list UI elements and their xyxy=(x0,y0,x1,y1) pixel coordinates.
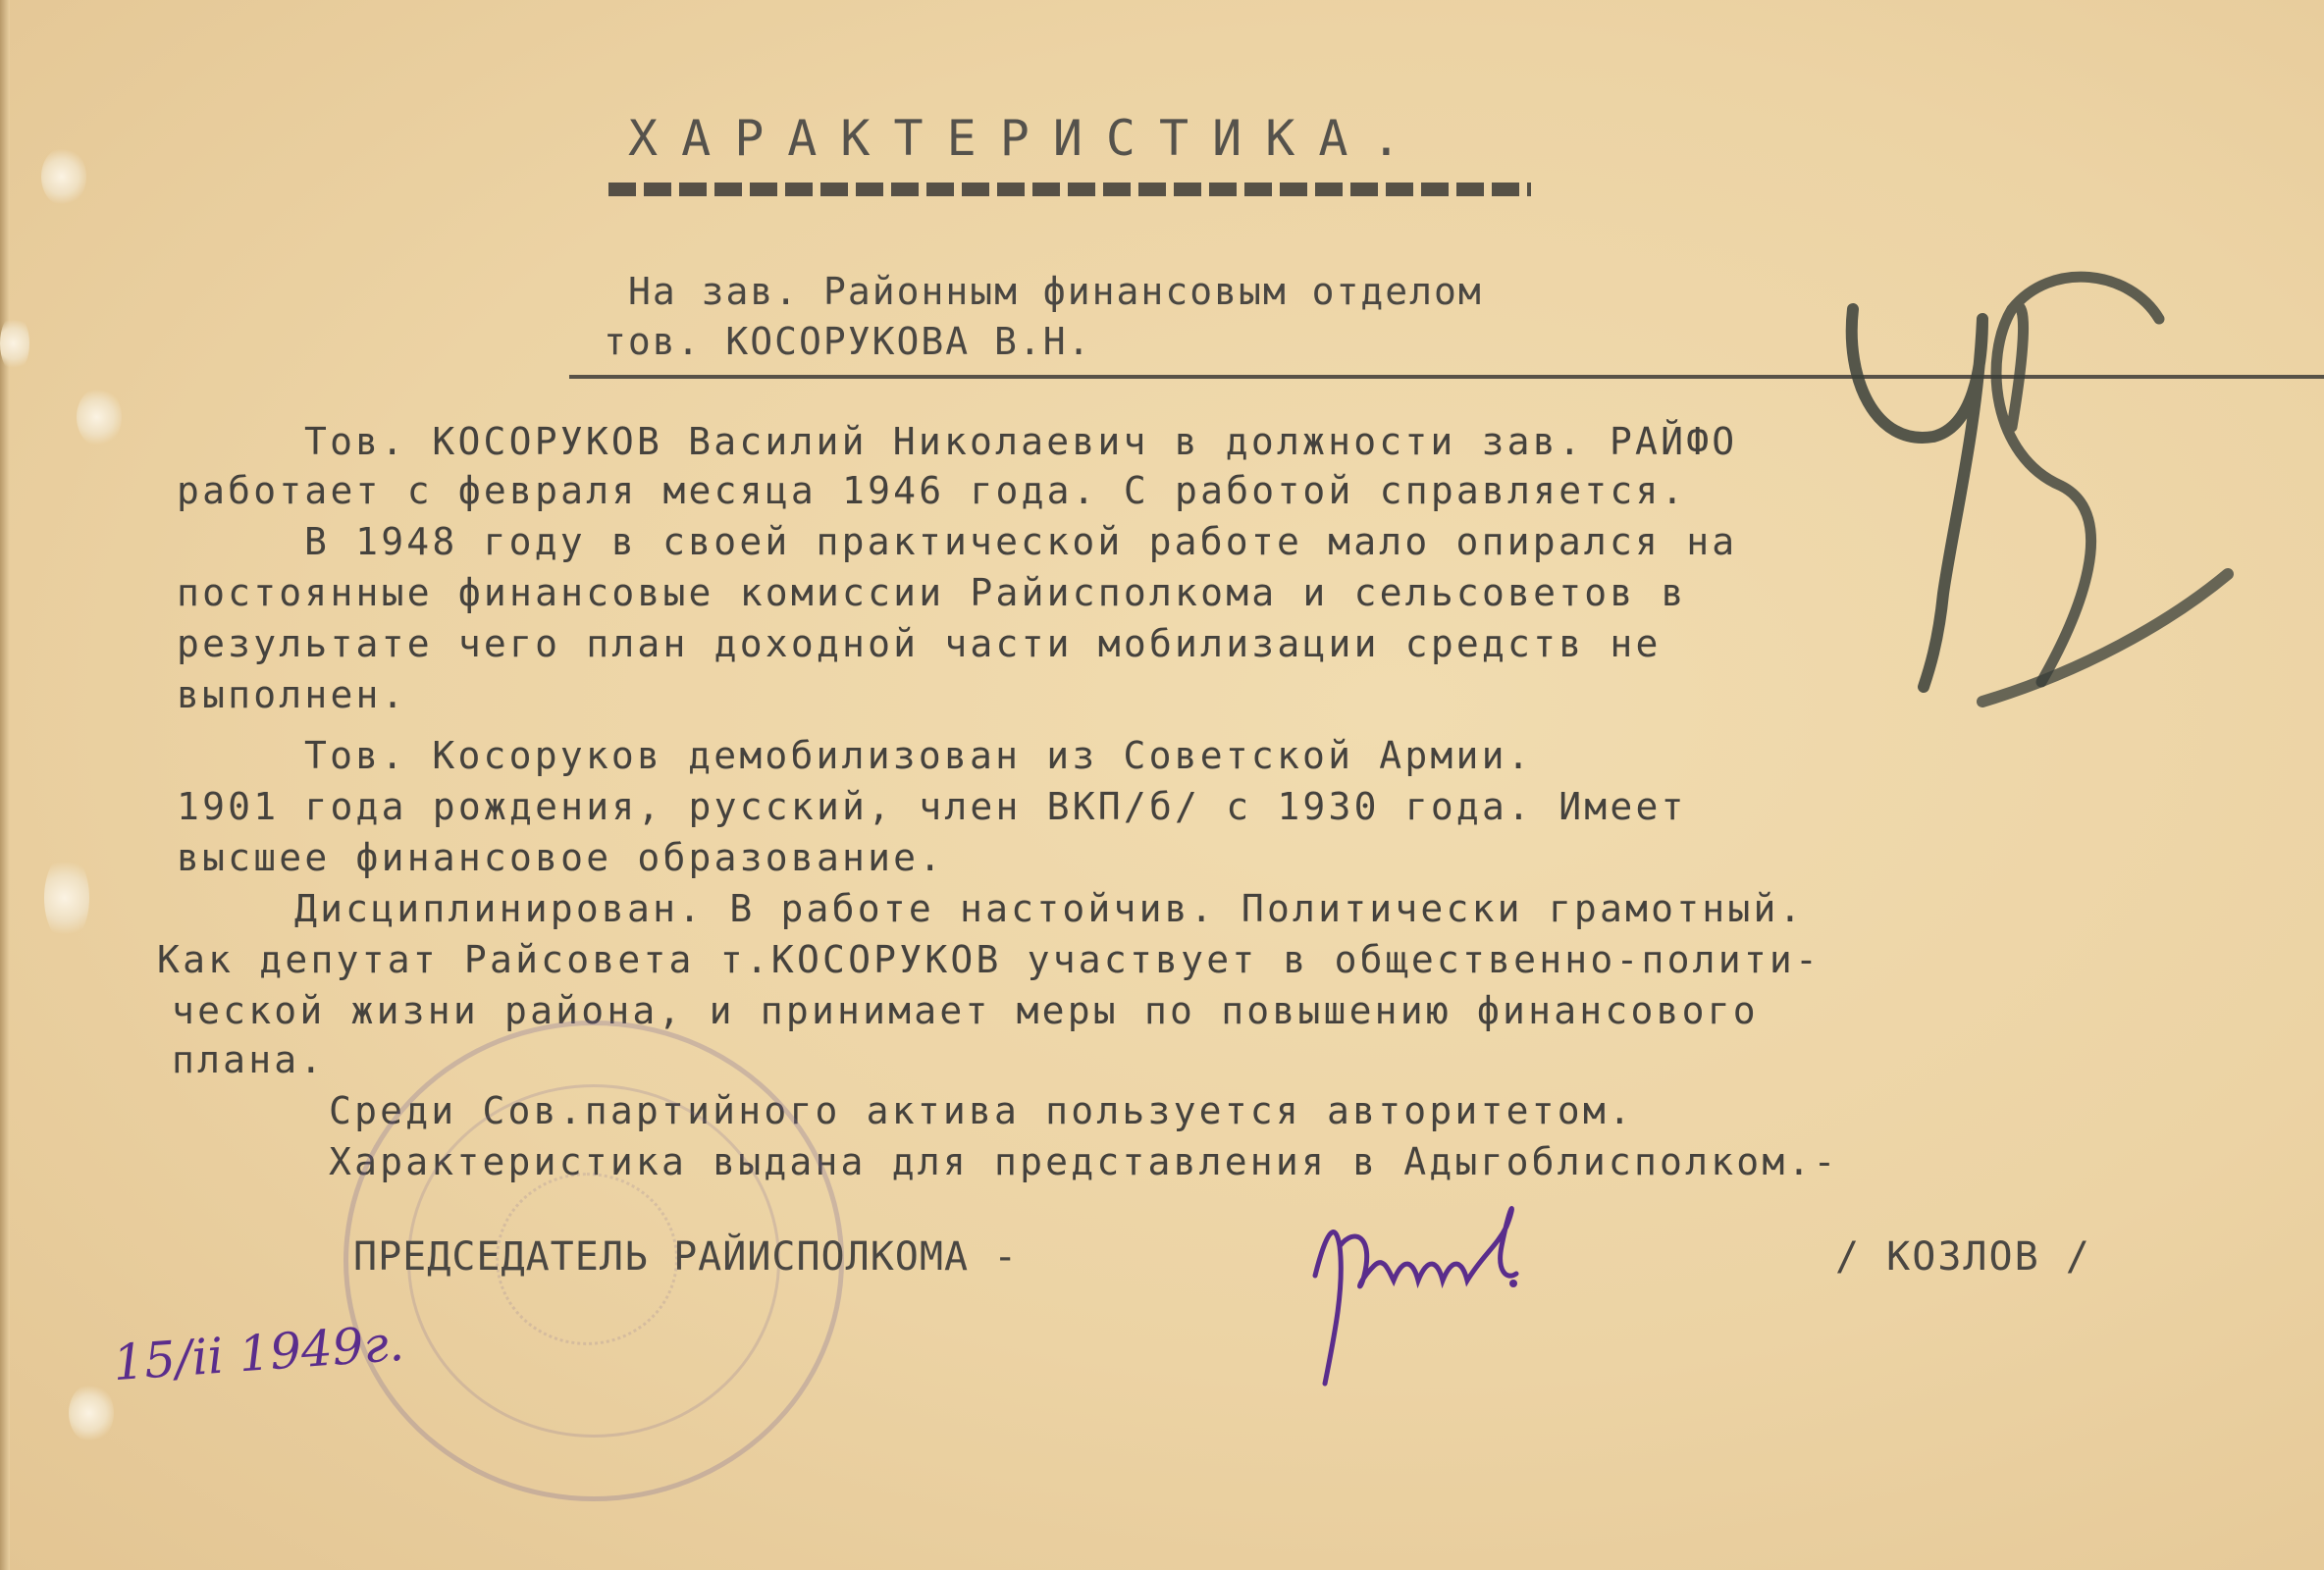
body-line: высшее финансовое образование. xyxy=(177,836,944,879)
addressee-line-1: На зав. Районным финансовым отделом xyxy=(628,270,1483,313)
signatory-position: ПРЕДСЕДАТЕЛЬ РАЙИСПОЛКОМА - xyxy=(353,1234,1018,1280)
body-line: Тов. КОСОРУКОВ Василий Николаевич в долж… xyxy=(304,420,1737,463)
signature-icon xyxy=(1295,1187,1708,1403)
pencil-page-number-icon xyxy=(1835,250,2247,711)
signatory-name: / КОЗЛОВ / xyxy=(1835,1234,2091,1280)
punch-hole xyxy=(0,314,29,373)
body-line: 1901 года рождения, русский, член ВКП/б/… xyxy=(177,785,1687,828)
body-line: работает с февраля месяца 1946 года. С р… xyxy=(177,469,1687,512)
body-line: Дисциплинирован. В работе настойчив. Пол… xyxy=(294,887,1805,930)
body-line: результате чего план доходной части моби… xyxy=(177,622,1662,665)
document-page: ХАРАКТЕРИСТИКА. На зав. Районным финансо… xyxy=(0,0,2324,1570)
page-edge xyxy=(0,0,10,1570)
punch-hole xyxy=(41,147,86,206)
punch-hole xyxy=(44,854,89,942)
body-line: плана. xyxy=(172,1038,325,1081)
body-line: ческой жизни района, и принимает меры по… xyxy=(172,989,1759,1032)
handwritten-date: 15/ii 1949г. xyxy=(111,1315,405,1392)
punch-hole xyxy=(77,388,122,446)
body-line: Как депутат Райсовета т.КОСОРУКОВ участв… xyxy=(157,938,1821,981)
document-title: ХАРАКТЕРИСТИКА. xyxy=(628,110,1425,167)
addressee-line-2: тов. КОСОРУКОВА В.Н. xyxy=(604,320,1092,363)
body-line: В 1948 году в своей практической работе … xyxy=(304,520,1737,563)
body-line: выполнен. xyxy=(177,673,407,716)
body-line: Тов. Косоруков демобилизован из Советско… xyxy=(304,734,1533,777)
body-line: постоянные финансовые комиссии Райисполк… xyxy=(177,571,1687,614)
title-underline xyxy=(608,183,1531,196)
punch-hole xyxy=(69,1384,114,1442)
